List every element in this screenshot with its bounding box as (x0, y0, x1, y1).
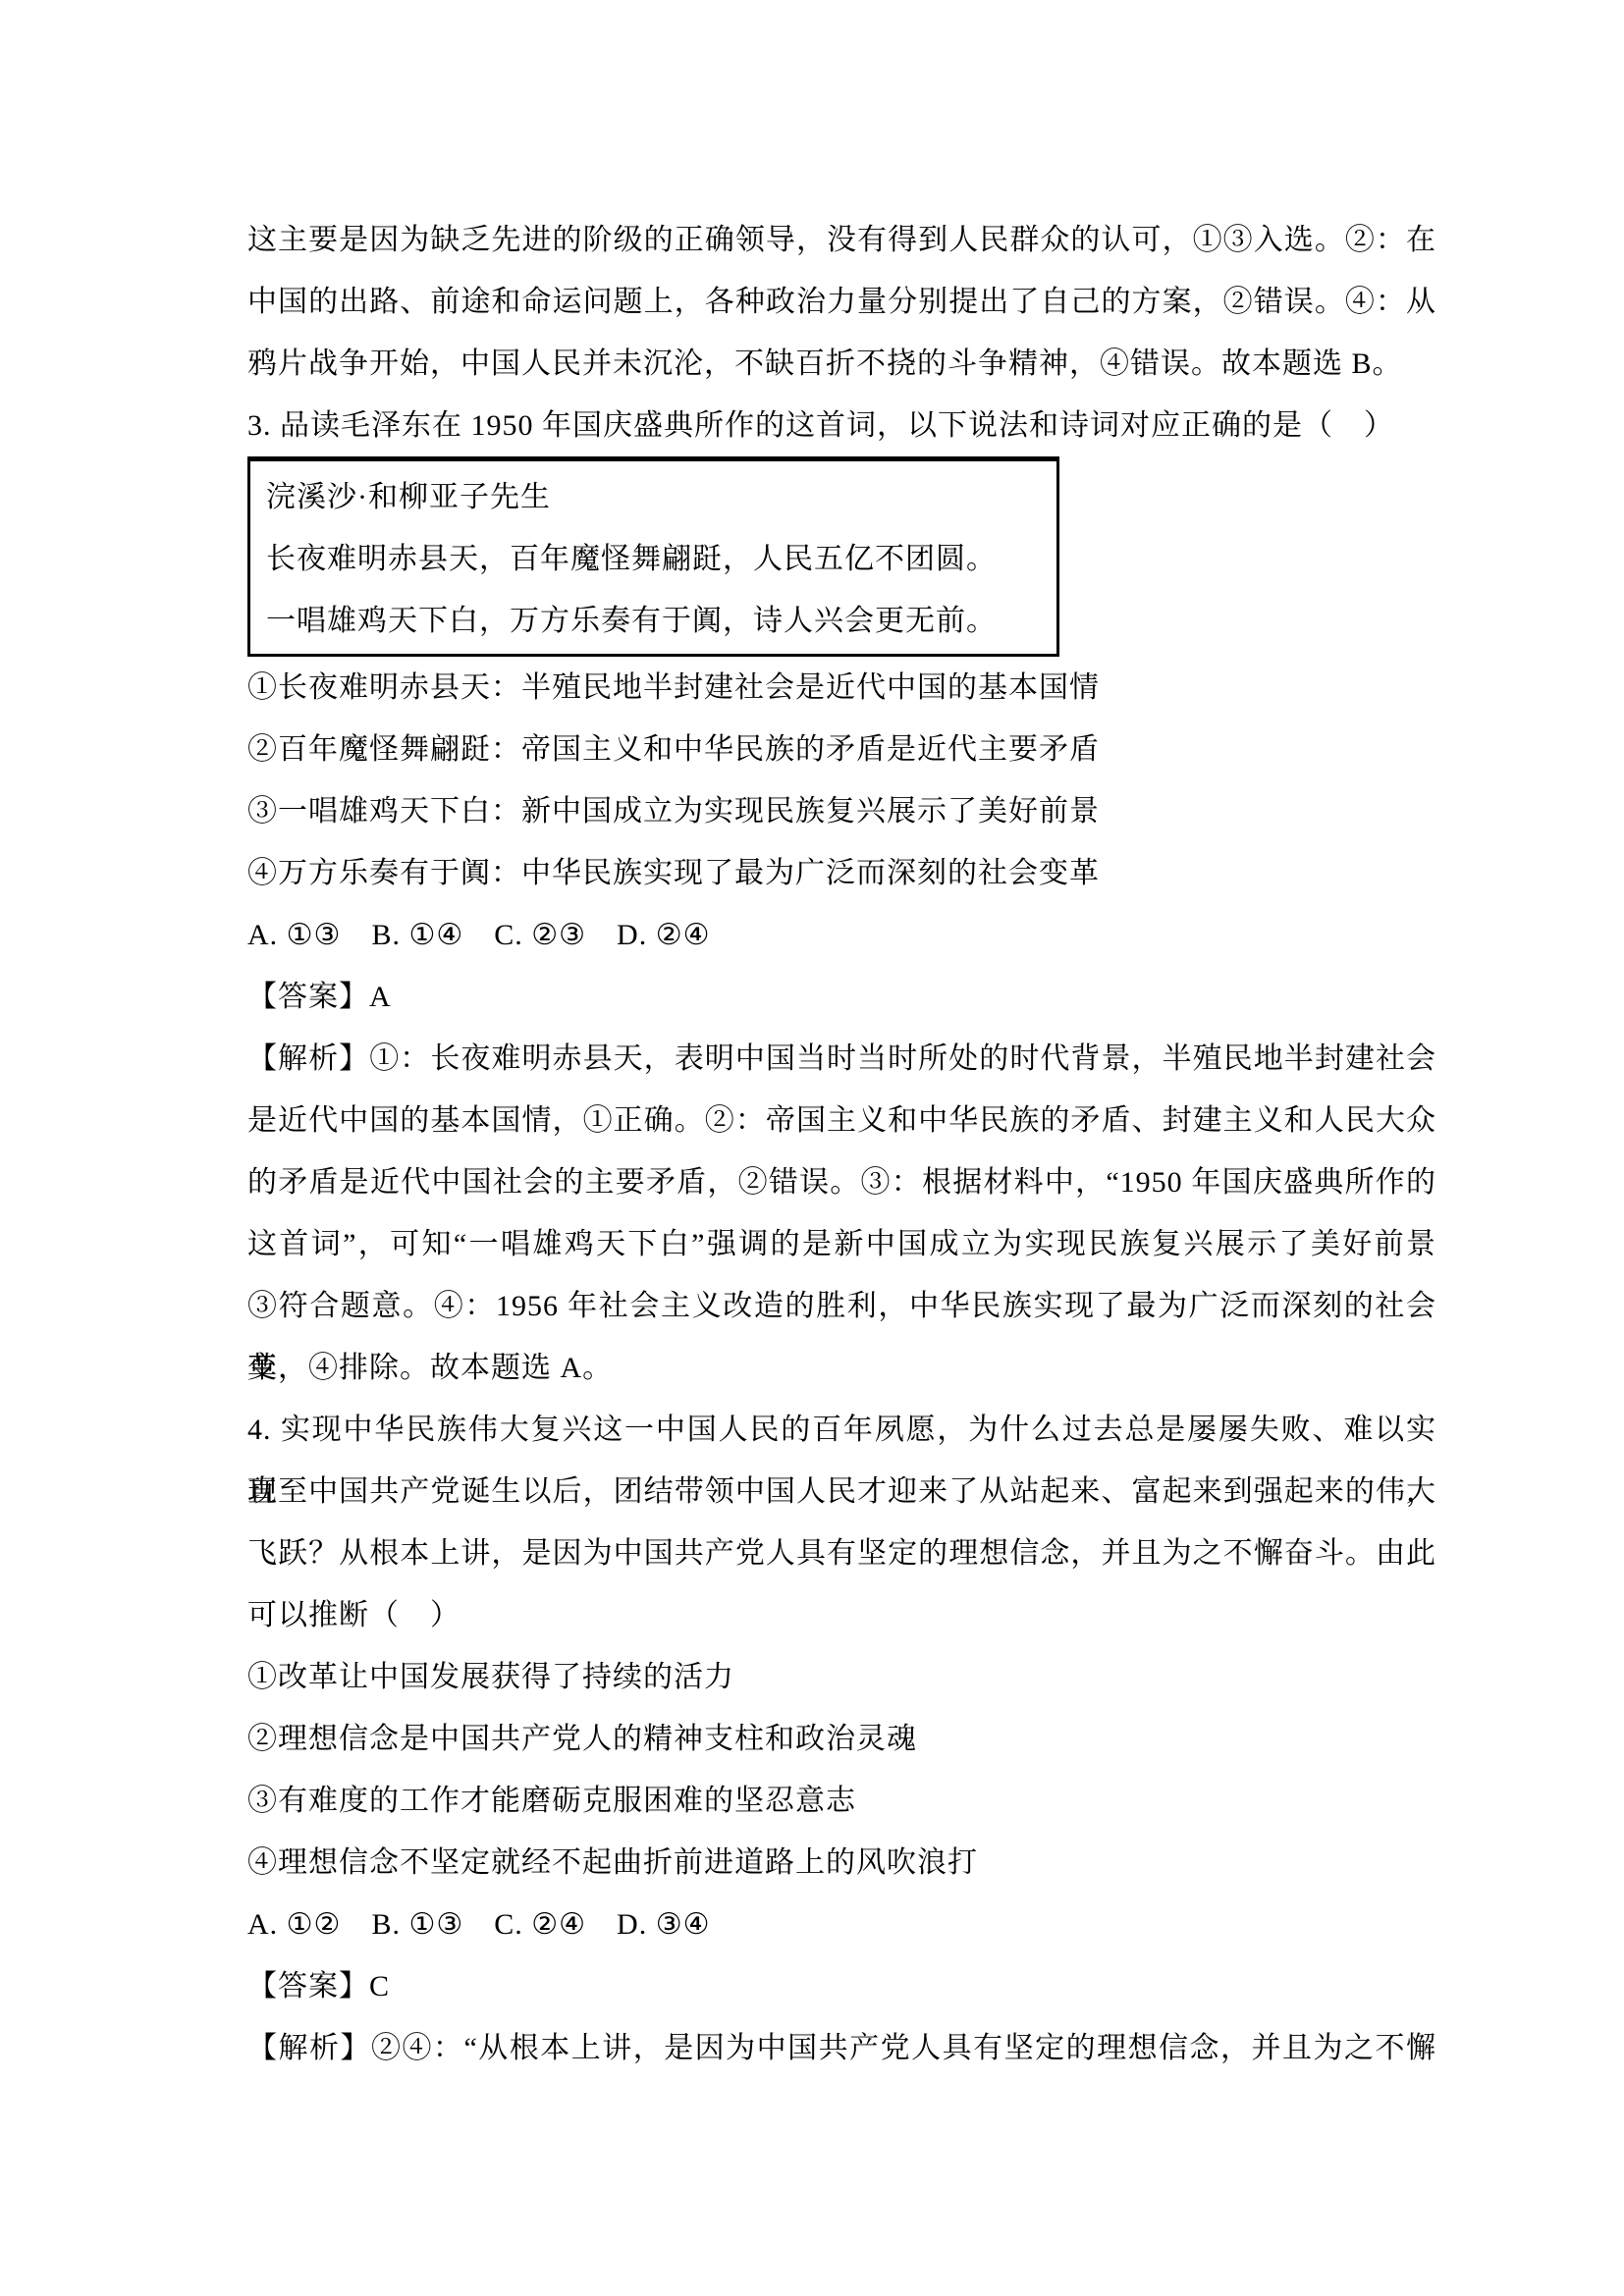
q3-statement-2: ②百年魔怪舞翩跹：帝国主义和中华民族的矛盾是近代主要矛盾 (247, 719, 1436, 780)
q4-statement-1: ①改革让中国发展获得了持续的活力 (247, 1646, 1436, 1708)
q3-options: A. ①③ B. ①④ C. ②③ D. ②④ (247, 904, 1436, 966)
q4-options: A. ①② B. ①③ C. ②④ D. ③④ (247, 1894, 1436, 1955)
q3-analysis-line-5: ③符合题意。④：1956 年社会主义改造的胜利，中华民族实现了最为广泛而深刻的社… (247, 1275, 1436, 1337)
q2-explanation-line-1: 这主要是因为缺乏先进的阶级的正确领导，没有得到人民群众的认可，①③入选。②：在 (247, 209, 1436, 271)
q3-statement-4: ④万方乐奏有于阗：中华民族实现了最为广泛而深刻的社会变革 (247, 842, 1436, 904)
q3-stem: 3. 品读毛泽东在 1950 年国庆盛典所作的这首词，以下说法和诗词对应正确的是… (247, 395, 1436, 456)
q3-statement-1: ①长夜难明赤县天：半殖民地半封建社会是近代中国的基本国情 (247, 657, 1436, 719)
q3-analysis-line-6: 革，④排除。故本题选 A。 (247, 1337, 1436, 1399)
poem-title: 浣溪沙·和柳亚子先生 (266, 466, 1047, 528)
q3-analysis-line-3: 的矛盾是近代中国社会的主要矛盾，②错误。③：根据材料中，“1950 年国庆盛典所… (247, 1151, 1436, 1213)
document-content: 这主要是因为缺乏先进的阶级的正确领导，没有得到人民群众的认可，①③入选。②：在 … (247, 209, 1436, 2079)
q3-analysis-line-1: 【解析】①：长夜难明赤县天，表明中国当时当时所处的时代背景，半殖民地半封建社会 (247, 1028, 1436, 1090)
q3-answer: 【答案】A (247, 966, 1436, 1028)
q4-statement-2: ②理想信念是中国共产党人的精神支柱和政治灵魂 (247, 1708, 1436, 1770)
q4-answer: 【答案】C (247, 1955, 1436, 2017)
document-page: 这主要是因为缺乏先进的阶级的正确领导，没有得到人民群众的认可，①③入选。②：在 … (0, 0, 1624, 2296)
q4-statement-4: ④理想信念不坚定就经不起曲折前进道路上的风吹浪打 (247, 1832, 1436, 1894)
q4-stem-line-1: 4. 实现中华民族伟大复兴这一中国人民的百年夙愿，为什么过去总是屡屡失败、难以实… (247, 1399, 1436, 1461)
q3-analysis-line-4: 这首词”，可知“一唱雄鸡天下白”强调的是新中国成立为实现民族复兴展示了美好前景 (247, 1213, 1436, 1275)
q2-explanation-line-2: 中国的出路、前途和命运问题上，各种政治力量分别提出了自己的方案，②错误。④：从 (247, 271, 1436, 333)
q3-analysis-line-2: 是近代中国的基本国情，①正确。②：帝国主义和中华民族的矛盾、封建主义和人民大众 (247, 1090, 1436, 1151)
q4-analysis-line-1: 【解析】②④：“从根本上讲，是因为中国共产党人具有坚定的理想信念，并且为之不懈 (247, 2017, 1436, 2079)
poem-verse-2: 一唱雄鸡天下白，万方乐奏有于阗，诗人兴会更无前。 (266, 590, 1047, 652)
q4-statement-3: ③有难度的工作才能磨砺克服困难的坚忍意志 (247, 1770, 1436, 1832)
q2-explanation-line-3: 鸦片战争开始，中国人民并未沉沦，不缺百折不挠的斗争精神，④错误。故本题选 B。 (247, 333, 1436, 395)
q4-stem-line-3: 飞跃？从根本上讲，是因为中国共产党人具有坚定的理想信念，并且为之不懈奋斗。由此 (247, 1522, 1436, 1584)
q4-stem-line-2: 直至中国共产党诞生以后，团结带领中国人民才迎来了从站起来、富起来到强起来的伟大 (247, 1461, 1436, 1522)
q3-statement-3: ③一唱雄鸡天下白：新中国成立为实现民族复兴展示了美好前景 (247, 780, 1436, 842)
poem-verse-1: 长夜难明赤县天，百年魔怪舞翩跹，人民五亿不团圆。 (266, 528, 1047, 590)
q4-stem-line-4: 可以推断（ ） (247, 1584, 1436, 1646)
poem-box: 浣溪沙·和柳亚子先生 长夜难明赤县天，百年魔怪舞翩跹，人民五亿不团圆。 一唱雄鸡… (247, 456, 1059, 657)
